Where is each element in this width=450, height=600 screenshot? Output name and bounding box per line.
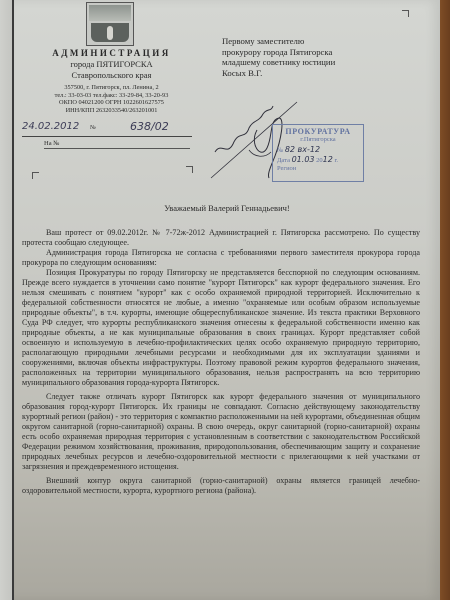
outgoing-date: 24.02.2012 xyxy=(22,121,79,132)
reply-to-label: На № xyxy=(44,140,59,147)
document-page: АДМИНИСТРАЦИЯ города ПЯТИГОРСКА Ставропо… xyxy=(12,0,440,600)
stamp-date-label: Дата xyxy=(277,157,290,164)
paragraph: Позиция Прокуратуры по городу Пятигорску… xyxy=(22,268,420,388)
stamp-year-suffix: г. xyxy=(334,157,338,164)
paragraph: Администрация города Пятигорска не согла… xyxy=(22,248,420,268)
coat-of-arms-icon xyxy=(86,2,134,46)
crest-top xyxy=(89,5,131,21)
stamp-number-value: 82 вх-12 xyxy=(285,145,320,154)
addressee-block: Первому заместителю прокурору города Пят… xyxy=(222,36,335,78)
letter-body: Ваш протест от 09.02.2012г. № 7-72ж-2012… xyxy=(22,228,420,496)
stamp-date-row: Дата 01.03 2012 г. xyxy=(277,155,359,165)
okpo-ogrn: ОКПО 04021200 ОГРН 1022601627575 xyxy=(24,99,199,107)
stamp-date-value: 01.03 xyxy=(292,155,315,164)
organization-name: АДМИНИСТРАЦИЯ xyxy=(24,48,199,59)
corner-mark xyxy=(32,172,39,179)
letterhead: АДМИНИСТРАЦИЯ города ПЯТИГОРСКА Ставропо… xyxy=(24,48,199,114)
stamp-number-row: № 82 вх-12 xyxy=(277,145,359,155)
letter-greeting: Уважаемый Валерий Геннадьевич! xyxy=(14,203,440,213)
paragraph: Следует также отличать курорт Пятигорск … xyxy=(22,392,420,472)
stamp-city: г.Пятигорска xyxy=(277,136,359,143)
stamp-region-label: Регион xyxy=(277,165,296,172)
crest-shield xyxy=(91,23,129,42)
stamp-title: ПРОКУРАТУРА xyxy=(277,127,359,136)
inn-kpp: ИНН/КПП 2632033540/263201001 xyxy=(24,107,199,115)
addressee-line: прокурору города Пятигорска xyxy=(222,47,335,58)
number-label: № xyxy=(90,125,96,131)
corner-mark xyxy=(402,10,409,17)
stamp-year-value: 12 xyxy=(323,155,333,164)
paragraph: Внешний контур округа санитарной (горно-… xyxy=(22,476,420,496)
stamp-number-label: № xyxy=(277,147,283,154)
reply-to-line: На № xyxy=(44,140,190,149)
addressee-line: Первому заместителю xyxy=(222,36,335,47)
corner-mark xyxy=(186,166,193,173)
addressee-line: младшему советнику юстиции xyxy=(222,57,335,68)
region-name: Ставропольского края xyxy=(24,70,199,81)
stamp-region-row: Регион xyxy=(277,165,359,175)
addressee-line: Косых В.Г. xyxy=(222,68,335,79)
registration-line: 24.02.2012 № 638/02 xyxy=(22,124,192,137)
outgoing-number: 638/02 xyxy=(130,120,169,133)
paragraph: Ваш протест от 09.02.2012г. № 7-72ж-2012… xyxy=(22,228,420,248)
phones: тел.: 33-03-03 тел.факс: 33-29-84, 33-20… xyxy=(24,92,199,100)
city-name: города ПЯТИГОРСКА xyxy=(24,59,199,70)
address: 357500, г. Пятигорск, пл. Ленина, 2 xyxy=(24,84,199,92)
incoming-registration-stamp: ПРОКУРАТУРА г.Пятигорска № 82 вх-12 Дата… xyxy=(272,124,364,182)
